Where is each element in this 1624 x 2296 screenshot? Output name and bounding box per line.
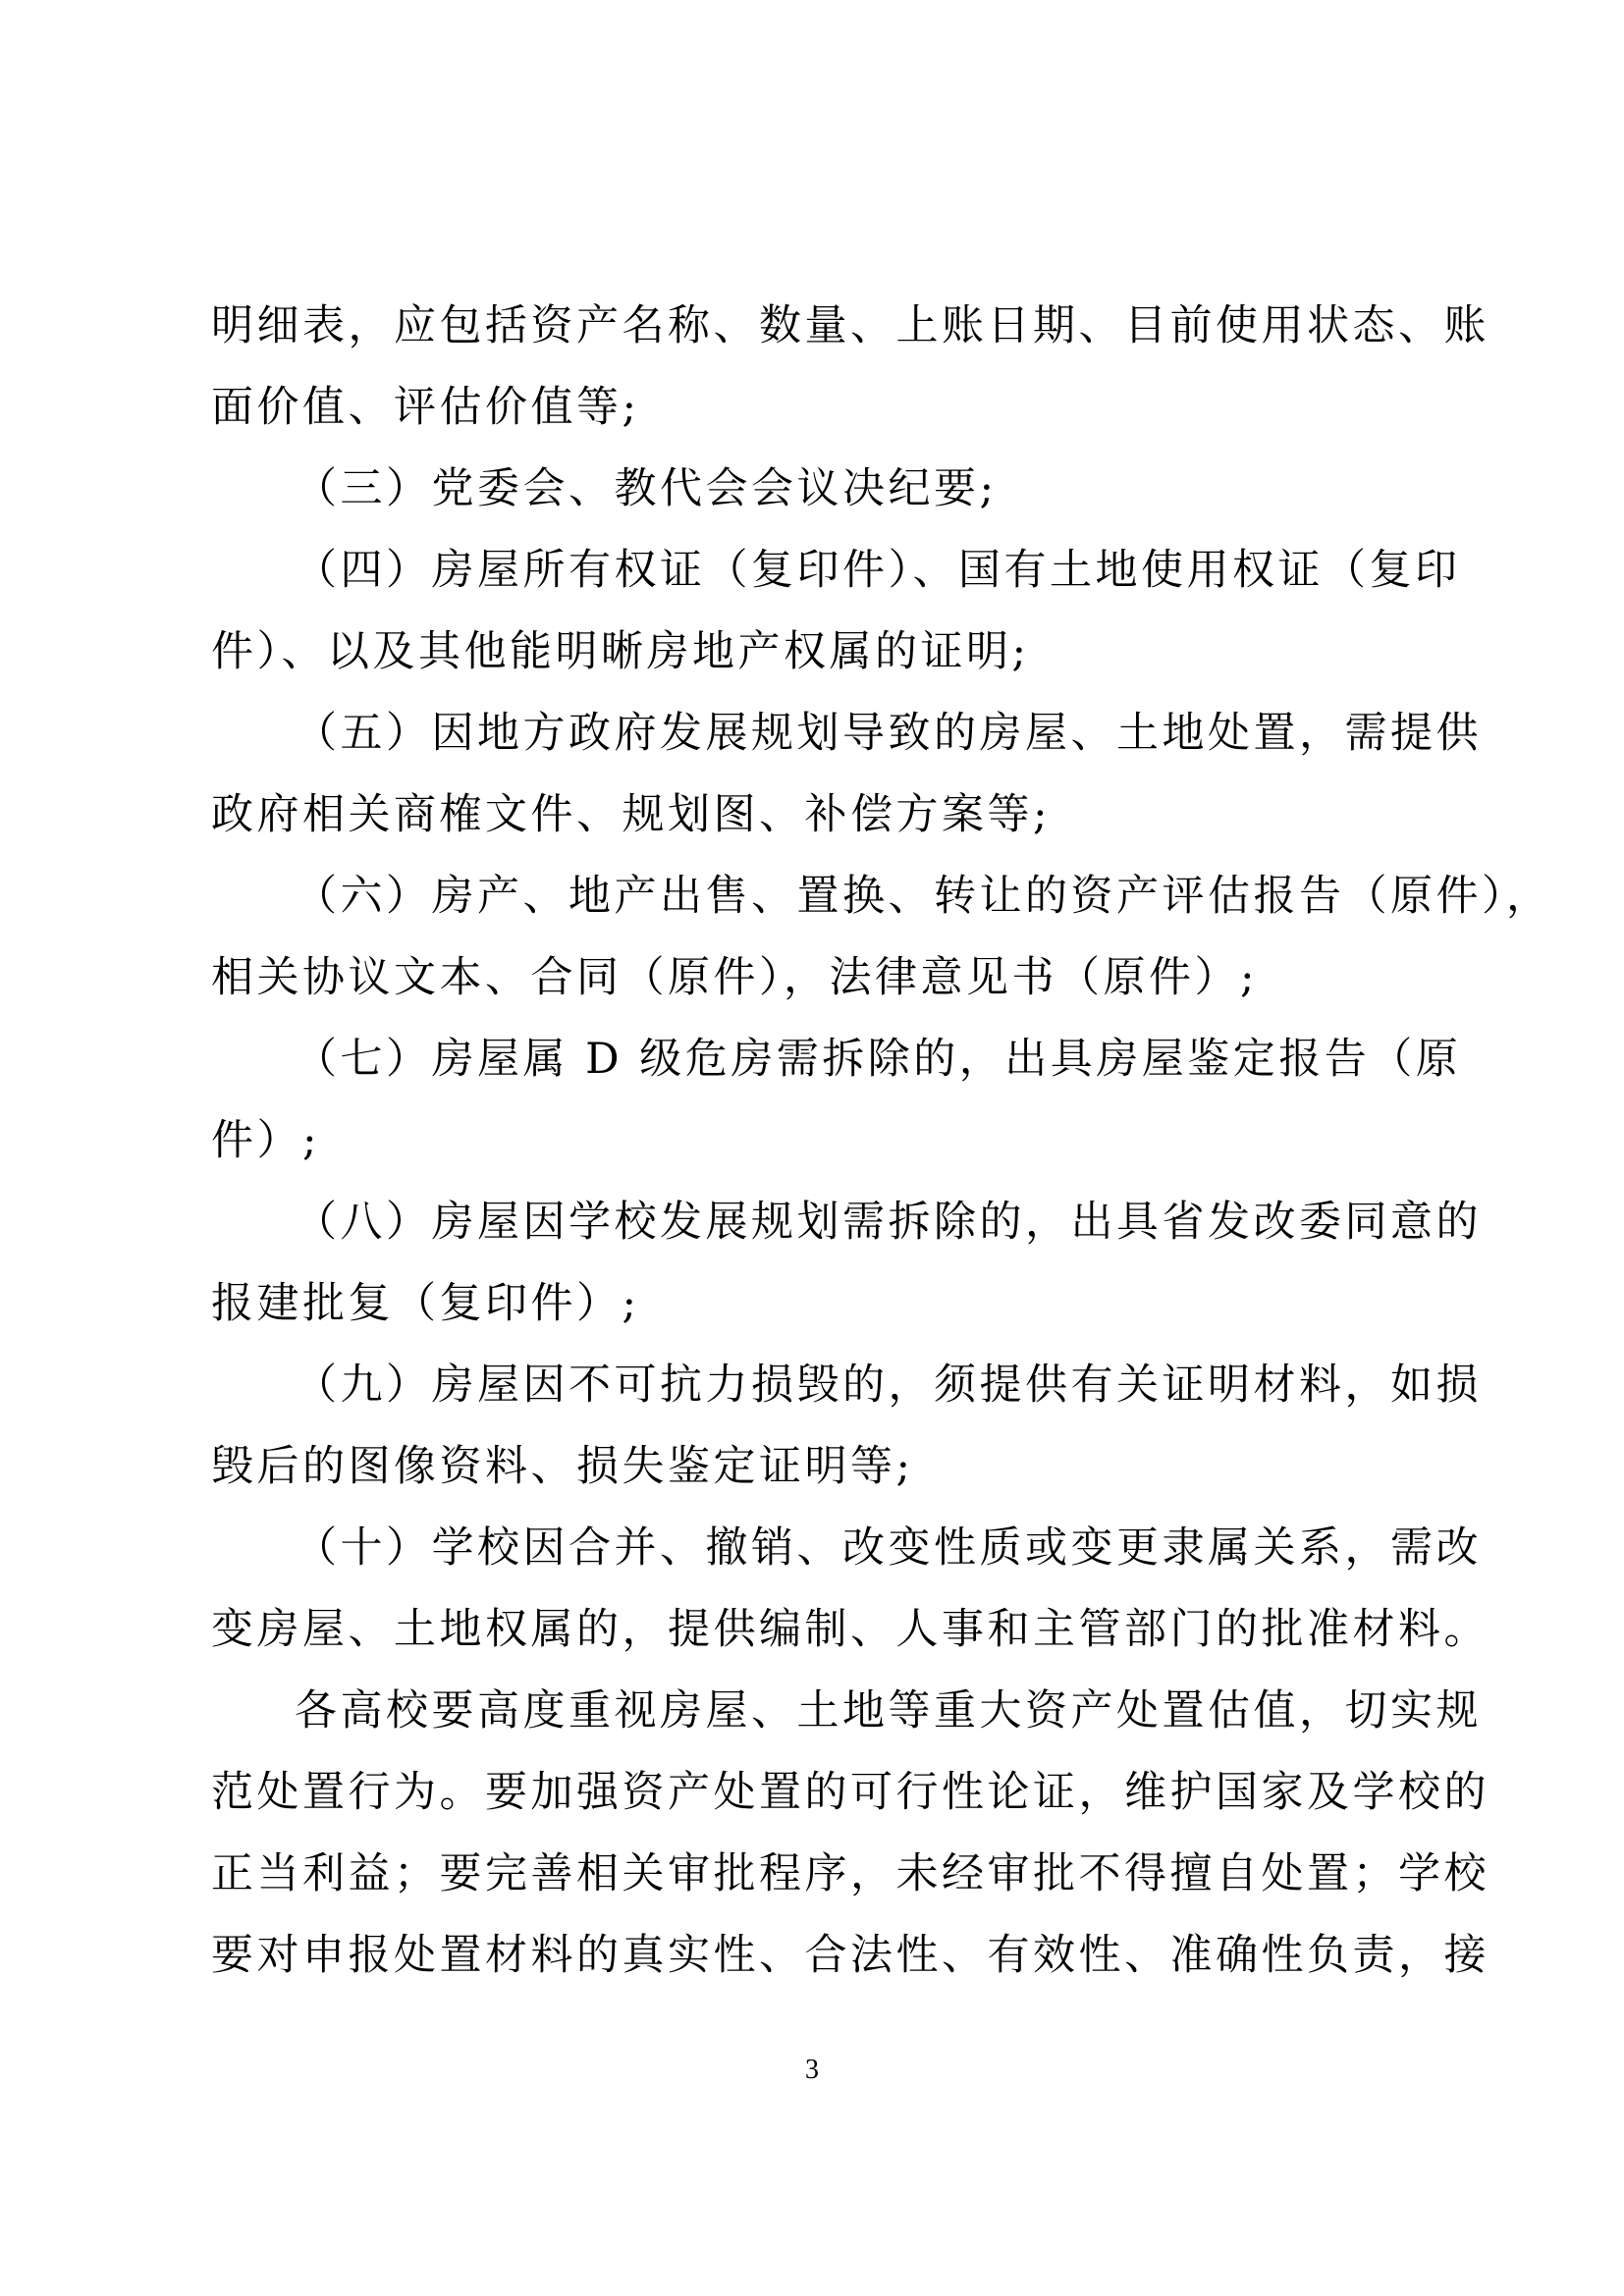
text-line: 报建批复（复印件）; (211, 1274, 1429, 1333)
list-item-10: （十）学校因合并、撤销、改变性质或变更隶属关系，需改 (295, 1519, 1429, 1577)
text-line: 政府相关商榷文件、规划图、补偿方案等; (211, 785, 1429, 844)
text-line: 面价值、评估价值等; (211, 378, 1429, 437)
list-item-3: （三）党委会、教代会会议决纪要; (295, 459, 1429, 518)
text-line: 件）、以及其他能明晰房地产权属的证明; (211, 622, 1429, 681)
text-line: 变房屋、土地权属的，提供编制、人事和主管部门的批准材料。 (211, 1600, 1429, 1659)
text-line: 正当利益；要完善相关审批程序，未经审批不得擅自处置；学校 (211, 1844, 1429, 1903)
document-page: 明细表，应包括资产名称、数量、上账日期、目前使用状态、账 面价值、评估价值等; … (0, 0, 1624, 2296)
text-line: 相关协议文本、合同（原件），法律意见书（原件）; (211, 948, 1429, 1007)
page-number: 3 (0, 2054, 1624, 2087)
text-line: 要对申报处置材料的真实性、合法性、有效性、准确性负责，接 (211, 1926, 1429, 1985)
list-item-4: （四）房屋所有权证（复印件）、国有土地使用权证（复印 (295, 541, 1429, 600)
list-item-8: （八）房屋因学校发展规划需拆除的，出具省发改委同意的 (295, 1193, 1429, 1252)
text-line: 件）; (211, 1111, 1429, 1170)
text-line: 毁后的图像资料、损失鉴定证明等; (211, 1437, 1429, 1496)
list-item-6: （六）房产、地产出售、置换、转让的资产评估报告（原件）， (295, 867, 1429, 926)
text-line: 范处置行为。要加强资产处置的可行性论证，维护国家及学校的 (211, 1763, 1429, 1822)
paragraph-start: 各高校要高度重视房屋、土地等重大资产处置估值，切实规 (295, 1682, 1429, 1740)
text-line: 明细表，应包括资产名称、数量、上账日期、目前使用状态、账 (211, 296, 1429, 355)
list-item-7: （七）房屋属 D 级危房需拆除的，出具房屋鉴定报告（原 (295, 1030, 1429, 1089)
list-item-9: （九）房屋因不可抗力损毁的，须提供有关证明材料，如损 (295, 1356, 1429, 1415)
list-item-5: （五）因地方政府发展规划导致的房屋、土地处置，需提供 (295, 704, 1429, 763)
